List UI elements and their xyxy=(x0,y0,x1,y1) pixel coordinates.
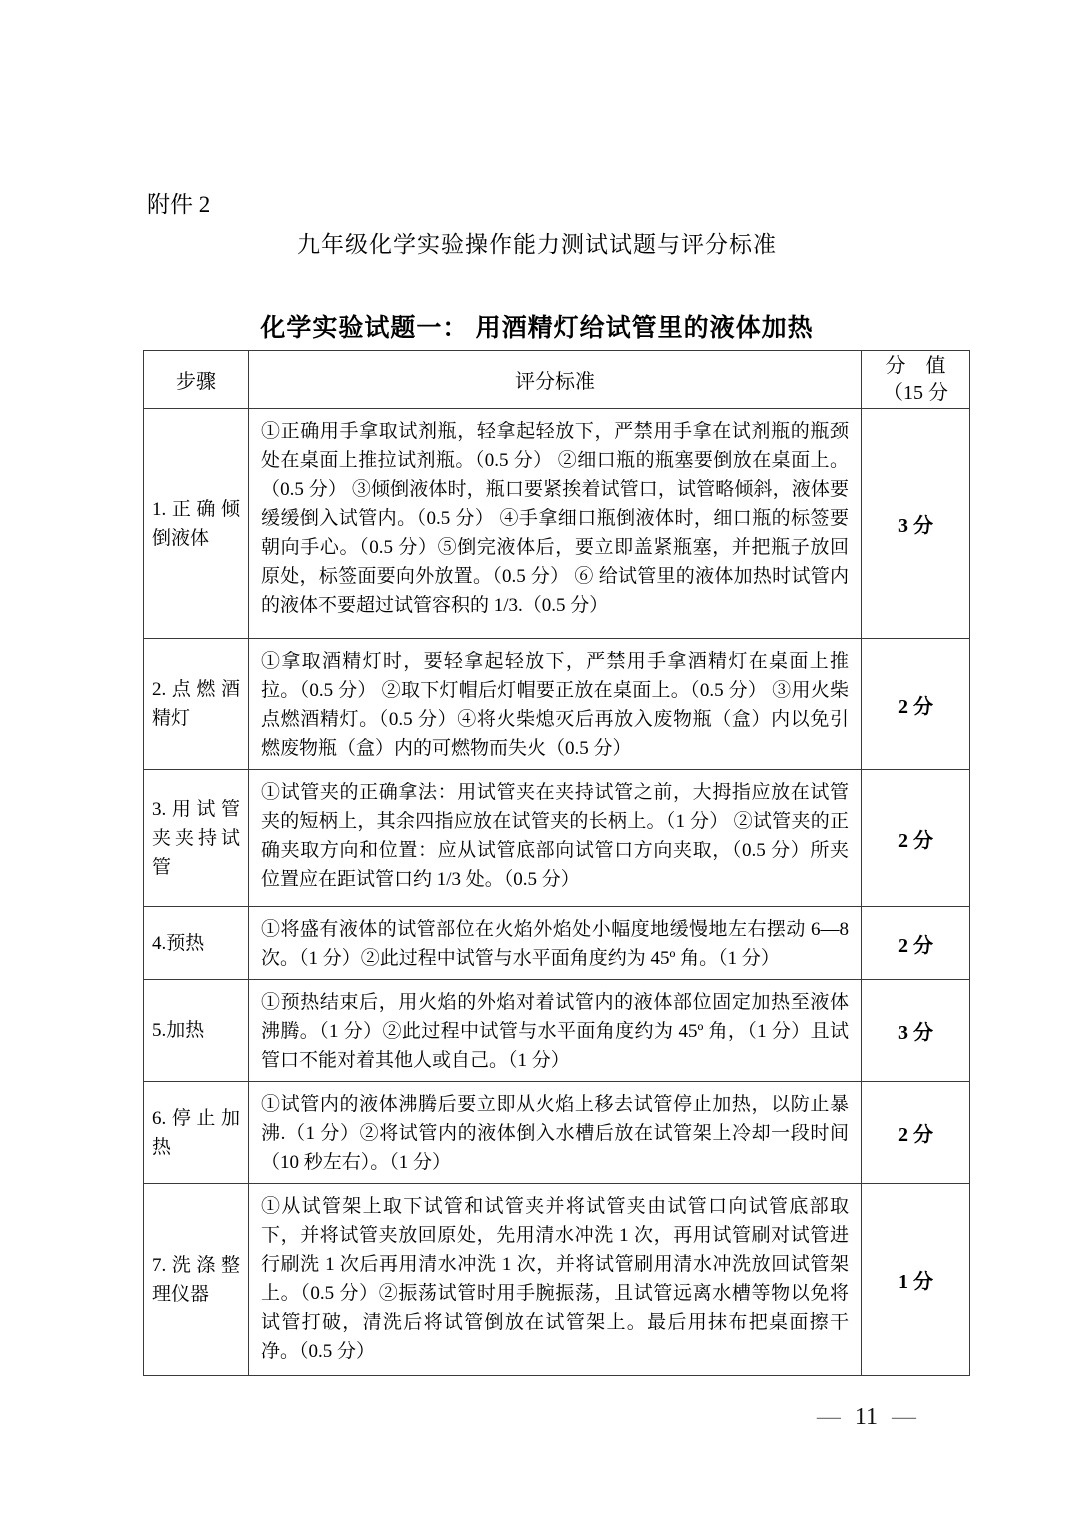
document-title: 九年级化学实验操作能力测试试题与评分标准 xyxy=(0,226,1074,259)
score-cell: 3 分 xyxy=(862,409,970,639)
scoring-table: 步骤 评分标准 分 值 （15 分 1.正确倾倒液体 ①正确用手拿取试剂瓶，轻拿… xyxy=(143,350,970,1376)
header-score-line1: 分 值 xyxy=(863,353,968,380)
experiment-title: 化学实验试题一： 用酒精灯给试管里的液体加热 xyxy=(0,308,1074,344)
table-header-row: 步骤 评分标准 分 值 （15 分 xyxy=(144,351,970,409)
header-step: 步骤 xyxy=(144,351,249,409)
table-row: 6.停止加热 ①试管内的液体沸腾后要立即从火焰上移去试管停止加热，以防止暴沸.（… xyxy=(144,1082,970,1184)
criteria-cell: ①从试管架上取下试管和试管夹并将试管夹由试管口向试管底部取下，并将试管夹放回原处… xyxy=(249,1184,862,1376)
header-score-line2: （15 分 xyxy=(863,380,968,407)
criteria-cell: ①试管内的液体沸腾后要立即从火焰上移去试管停止加热，以防止暴沸.（1 分）②将试… xyxy=(249,1082,862,1184)
score-cell: 3 分 xyxy=(862,980,970,1082)
step-cell: 6.停止加热 xyxy=(144,1082,249,1184)
table-row: 2.点燃酒精灯 ①拿取酒精灯时，要轻拿起轻放下，严禁用手拿酒精灯在桌面上推拉。（… xyxy=(144,639,970,770)
table-row: 4.预热 ①将盛有液体的试管部位在火焰外焰处小幅度地缓慢地左右摆动 6—8 次。… xyxy=(144,907,970,980)
criteria-cell: ①拿取酒精灯时，要轻拿起轻放下，严禁用手拿酒精灯在桌面上推拉。（0.5 分） ②… xyxy=(249,639,862,770)
score-cell: 2 分 xyxy=(862,1082,970,1184)
step-cell: 7.洗涤整理仪器 xyxy=(144,1184,249,1376)
page-number: —11— xyxy=(817,1404,916,1431)
table-row: 7.洗涤整理仪器 ①从试管架上取下试管和试管夹并将试管夹由试管口向试管底部取下，… xyxy=(144,1184,970,1376)
criteria-cell: ①预热结束后，用火焰的外焰对着试管内的液体部位固定加热至液体沸腾。（1 分）②此… xyxy=(249,980,862,1082)
table-row: 5.加热 ①预热结束后，用火焰的外焰对着试管内的液体部位固定加热至液体沸腾。（1… xyxy=(144,980,970,1082)
score-cell: 2 分 xyxy=(862,770,970,907)
header-score: 分 值 （15 分 xyxy=(862,351,970,409)
step-cell: 4.预热 xyxy=(144,907,249,980)
page-number-dash-right: — xyxy=(892,1404,916,1430)
page-number-dash-left: — xyxy=(817,1404,841,1430)
table-row: 1.正确倾倒液体 ①正确用手拿取试剂瓶，轻拿起轻放下，严禁用手拿在试剂瓶的瓶颈处… xyxy=(144,409,970,639)
criteria-cell: ①正确用手拿取试剂瓶，轻拿起轻放下，严禁用手拿在试剂瓶的瓶颈处在桌面上推拉试剂瓶… xyxy=(249,409,862,639)
document-page: { "page": { "attachment_label": "附件 2", … xyxy=(0,0,1074,1520)
step-cell: 3.用试管夹夹持试管 xyxy=(144,770,249,907)
criteria-cell: ①将盛有液体的试管部位在火焰外焰处小幅度地缓慢地左右摆动 6—8 次。（1 分）… xyxy=(249,907,862,980)
score-cell: 2 分 xyxy=(862,639,970,770)
step-cell: 5.加热 xyxy=(144,980,249,1082)
score-cell: 2 分 xyxy=(862,907,970,980)
header-criteria: 评分标准 xyxy=(249,351,862,409)
criteria-cell: ①试管夹的正确拿法：用试管夹在夹持试管之前，大拇指应放在试管夹的短柄上，其余四指… xyxy=(249,770,862,907)
step-cell: 2.点燃酒精灯 xyxy=(144,639,249,770)
step-cell: 1.正确倾倒液体 xyxy=(144,409,249,639)
page-number-value: 11 xyxy=(855,1404,878,1430)
attachment-label: 附件 2 xyxy=(147,186,210,219)
table-row: 3.用试管夹夹持试管 ①试管夹的正确拿法：用试管夹在夹持试管之前，大拇指应放在试… xyxy=(144,770,970,907)
score-cell: 1 分 xyxy=(862,1184,970,1376)
